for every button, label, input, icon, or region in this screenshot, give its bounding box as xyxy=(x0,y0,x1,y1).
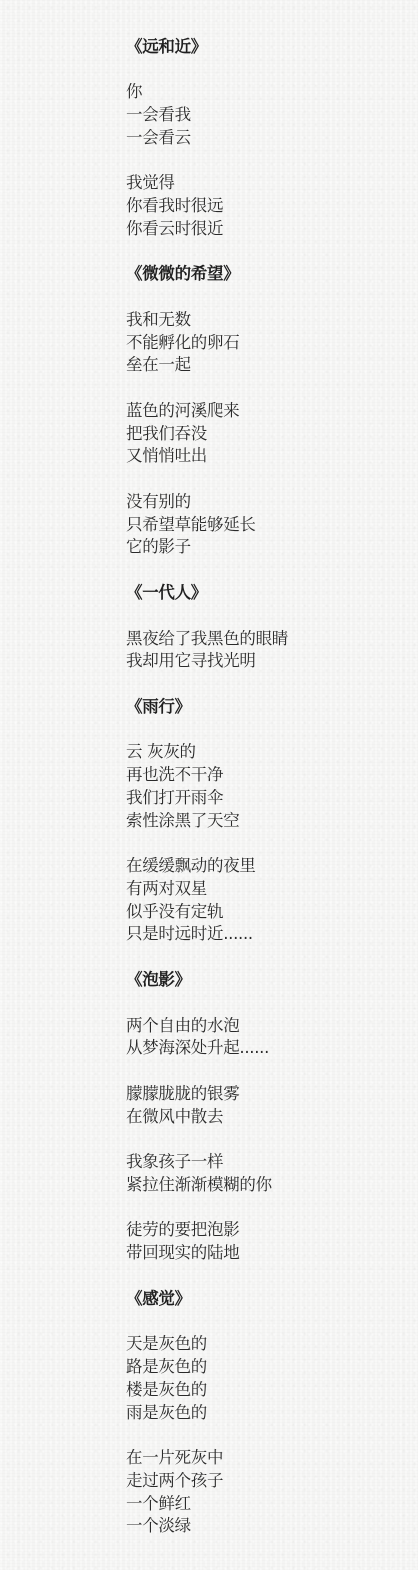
poem-line: 我象孩子一样 xyxy=(126,1151,406,1174)
blank-line xyxy=(126,673,406,696)
poem: 《雨行》 云 灰灰的 再也洗不干净 我们打开雨伞 索性涂黑了天空 在缓缓飘动的夜… xyxy=(126,696,406,946)
poem: 《泡影》 两个自由的水泡 从梦海深处升起...... 朦朦胧胧的银雾 在微风中散… xyxy=(126,969,406,1265)
poem-line: 有两对双星 xyxy=(126,878,406,901)
blank-line xyxy=(126,1197,406,1220)
stanza: 蓝色的河溪爬来 把我们吞没 又悄悄吐出 xyxy=(126,400,406,468)
blank-line xyxy=(126,1265,406,1288)
blank-line xyxy=(126,605,406,628)
poem: 《微微的希望》 我和无数 不能孵化的卵石 垒在一起 蓝色的河溪爬来 把我们吞没 … xyxy=(126,263,406,559)
blank-line xyxy=(126,832,406,855)
poem-title: 《感觉》 xyxy=(126,1288,406,1311)
stanza: 在缓缓飘动的夜里 有两对双星 似乎没有定轨 只是时远时近...... xyxy=(126,855,406,946)
stanza: 朦朦胧胧的银雾 在微风中散去 xyxy=(126,1083,406,1129)
stanza: 天是灰色的 路是灰色的 楼是灰色的 雨是灰色的 xyxy=(126,1333,406,1424)
poem-document: 《远和近》 你 一会看我 一会看云 我觉得 你看我时很远 你看云时很近 《微微的… xyxy=(126,36,406,1539)
poem-line: 走过两个孩子 xyxy=(126,1470,406,1493)
poem-title: 《泡影》 xyxy=(126,969,406,992)
blank-line xyxy=(126,719,406,742)
poem-line: 不能孵化的卵石 xyxy=(126,332,406,355)
poem-line: 在微风中散去 xyxy=(126,1106,406,1129)
poem-line: 在缓缓飘动的夜里 xyxy=(126,855,406,878)
poem-line: 一个鲜红 xyxy=(126,1493,406,1516)
blank-line xyxy=(126,377,406,400)
poem-line: 天是灰色的 xyxy=(126,1333,406,1356)
poem: 《远和近》 你 一会看我 一会看云 我觉得 你看我时很远 你看云时很近 xyxy=(126,36,406,241)
stanza: 徒劳的要把泡影 带回现实的陆地 xyxy=(126,1219,406,1265)
poem-line: 一会看我 xyxy=(126,104,406,127)
stanza: 我和无数 不能孵化的卵石 垒在一起 xyxy=(126,309,406,377)
stanza: 没有别的 只希望草能够延长 它的影子 xyxy=(126,491,406,559)
stanza: 我觉得 你看我时很远 你看云时很近 xyxy=(126,172,406,240)
blank-line xyxy=(126,240,406,263)
poem-line: 在一片死灰中 xyxy=(126,1447,406,1470)
poem-line: 又悄悄吐出 xyxy=(126,445,406,468)
poem-line: 我们打开雨伞 xyxy=(126,787,406,810)
poem-line: 雨是灰色的 xyxy=(126,1402,406,1425)
poem-line: 两个自由的水泡 xyxy=(126,1015,406,1038)
poem-line: 没有别的 xyxy=(126,491,406,514)
stanza: 在一片死灰中 走过两个孩子 一个鲜红 一个淡绿 xyxy=(126,1447,406,1538)
blank-line xyxy=(126,1424,406,1447)
poem-line: 似乎没有定轨 xyxy=(126,901,406,924)
stanza: 你 一会看我 一会看云 xyxy=(126,81,406,149)
poem-line: 我和无数 xyxy=(126,309,406,332)
poem-title: 《一代人》 xyxy=(126,582,406,605)
blank-line xyxy=(126,992,406,1015)
poem-line: 路是灰色的 xyxy=(126,1356,406,1379)
poem-line: 再也洗不干净 xyxy=(126,764,406,787)
blank-line xyxy=(126,946,406,969)
stanza: 我象孩子一样 紧拉住渐渐模糊的你 xyxy=(126,1151,406,1197)
blank-line xyxy=(126,468,406,491)
poem-line: 蓝色的河溪爬来 xyxy=(126,400,406,423)
stanza: 黑夜给了我黑色的眼睛 我却用它寻找光明 xyxy=(126,628,406,674)
blank-line xyxy=(126,58,406,81)
poem-title: 《雨行》 xyxy=(126,696,406,719)
poem-line: 朦朦胧胧的银雾 xyxy=(126,1083,406,1106)
blank-line xyxy=(126,559,406,582)
blank-line xyxy=(126,1060,406,1083)
stanza: 云 灰灰的 再也洗不干净 我们打开雨伞 索性涂黑了天空 xyxy=(126,741,406,832)
poem-line: 徒劳的要把泡影 xyxy=(126,1219,406,1242)
blank-line xyxy=(126,286,406,309)
poem-line: 紧拉住渐渐模糊的你 xyxy=(126,1174,406,1197)
poem-line: 黑夜给了我黑色的眼睛 xyxy=(126,628,406,651)
poem: 《感觉》 天是灰色的 路是灰色的 楼是灰色的 雨是灰色的 在一片死灰中 走过两个… xyxy=(126,1288,406,1538)
blank-line xyxy=(126,149,406,172)
stanza: 两个自由的水泡 从梦海深处升起...... xyxy=(126,1015,406,1061)
poem-line: 从梦海深处升起...... xyxy=(126,1037,406,1060)
poem: 《一代人》 黑夜给了我黑色的眼睛 我却用它寻找光明 xyxy=(126,582,406,673)
poem-line: 它的影子 xyxy=(126,536,406,559)
poem-line: 我却用它寻找光明 xyxy=(126,650,406,673)
blank-line xyxy=(126,1128,406,1151)
poem-line: 把我们吞没 xyxy=(126,423,406,446)
poem-line: 带回现实的陆地 xyxy=(126,1242,406,1265)
poem-line: 一个淡绿 xyxy=(126,1515,406,1538)
poem-line: 你看我时很远 xyxy=(126,195,406,218)
poem-title: 《微微的希望》 xyxy=(126,263,406,286)
poem-line: 你 xyxy=(126,81,406,104)
poem-line: 楼是灰色的 xyxy=(126,1379,406,1402)
poem-line: 你看云时很近 xyxy=(126,218,406,241)
poem-line: 云 灰灰的 xyxy=(126,741,406,764)
poem-line: 索性涂黑了天空 xyxy=(126,810,406,833)
poem-line: 只希望草能够延长 xyxy=(126,514,406,537)
poem-title: 《远和近》 xyxy=(126,36,406,59)
blank-line xyxy=(126,1310,406,1333)
poem-line: 我觉得 xyxy=(126,172,406,195)
poem-line: 一会看云 xyxy=(126,127,406,150)
poem-line: 垒在一起 xyxy=(126,354,406,377)
poem-line: 只是时远时近...... xyxy=(126,923,406,946)
